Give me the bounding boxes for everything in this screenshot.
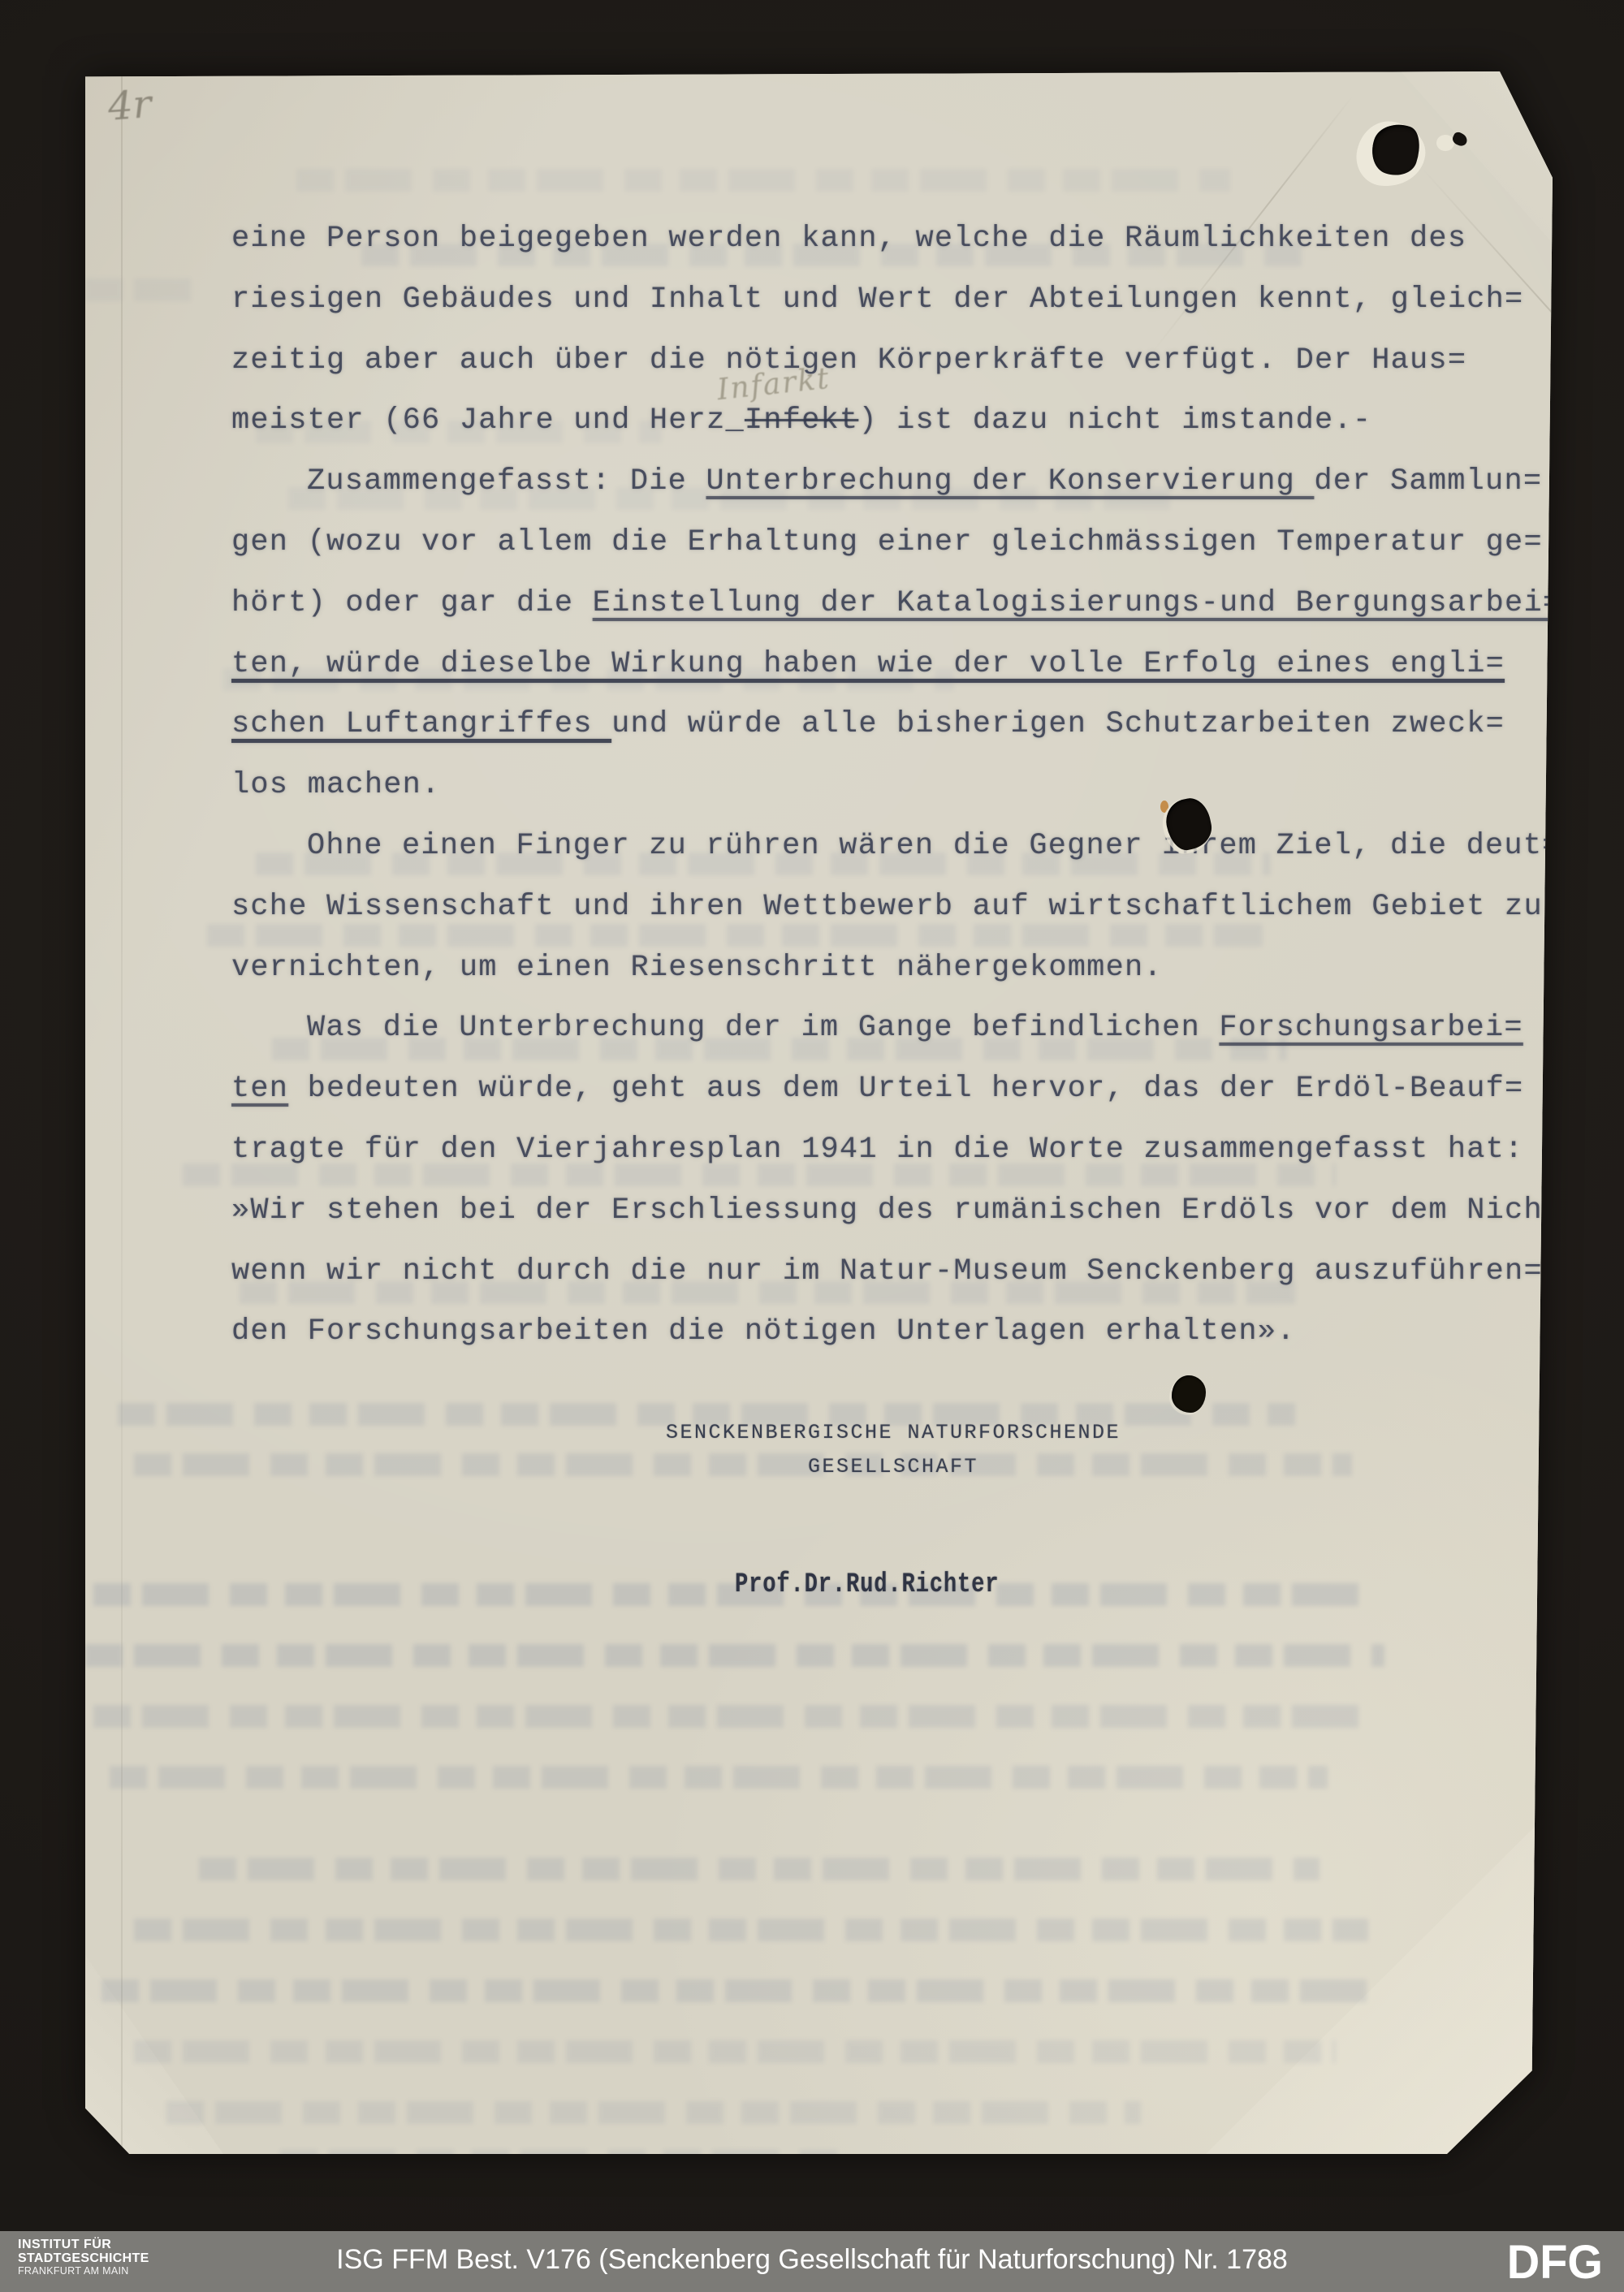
typed-segment: Einstellung der Katalogisierungs-und Ber… [593, 586, 1562, 620]
typed-segment: tragte für den Vierjahresplan 1941 in di… [231, 1133, 1523, 1167]
organisation-name-line1: SENCKENBERGISCHE NATURFORSCHENDE [231, 1416, 1555, 1450]
bleedthrough-line [101, 1979, 1368, 2002]
typed-segment: sche Wissenschaft und ihren Wettbewerb a… [231, 890, 1543, 924]
typed-line: »Wir stehen bei der Erschliessung des ru… [231, 1193, 1561, 1228]
typed-line: vernichten, um einen Riesenschritt näher… [231, 950, 1163, 986]
bleedthrough-line [296, 169, 1230, 192]
typed-line: ten, würde dieselbe Wirkung haben wie de… [231, 646, 1505, 682]
typed-segment: wenn wir nicht durch die nur im Natur-Mu… [231, 1254, 1543, 1288]
typed-segment: meister (66 Jahre und Herz_ [231, 404, 745, 438]
bleedthrough-line [85, 278, 191, 301]
typed-segment: Infekt [745, 404, 858, 438]
typed-line: meister (66 Jahre und Herz_Infekt) ist d… [231, 403, 1371, 438]
bleedthrough-line [166, 2101, 1141, 2124]
footer-bar: INSTITUT FÜR STADTGESCHICHTE FRANKFURT A… [0, 2231, 1624, 2292]
bleedthrough-line [93, 1583, 1360, 1606]
typed-segment: los machen. [231, 768, 440, 802]
typed-line: Ohne einen Finger zu rühren wären die Ge… [307, 828, 1561, 864]
typed-line: den Forschungsarbeiten die nötigen Unter… [231, 1314, 1296, 1349]
typed-segment: Forschungsarbei= [1219, 1011, 1522, 1045]
bleedthrough-line [134, 1919, 1368, 1941]
typed-line: ten bedeuten würde, geht aus dem Urteil … [231, 1071, 1523, 1107]
bleedthrough-line [85, 1644, 1384, 1667]
dfg-logo: DFG [1507, 2234, 1603, 2290]
bleedthrough-line [110, 1766, 1328, 1789]
typed-line: eine Person beigegeben werden kann, welc… [231, 221, 1466, 257]
scorch-mark [1160, 801, 1168, 813]
typed-segment: ) ist dazu nicht imstande.- [858, 404, 1371, 438]
typed-line: gen (wozu vor allem die Erhaltung einer … [231, 524, 1543, 560]
typed-segment: ten, würde dieselbe Wirkung haben wie de… [231, 647, 1505, 681]
signer-name: Prof.Dr.Rud.Richter [735, 1569, 999, 1600]
typed-line: wenn wir nicht durch die nur im Natur-Mu… [231, 1254, 1543, 1289]
typed-line: los machen. [231, 767, 440, 803]
typed-segment: den Forschungsarbeiten die nötigen Unter… [231, 1314, 1296, 1349]
typed-segment: der Sammlun= [1314, 464, 1542, 499]
typed-segment: »Wir stehen bei der Erschliessung des ru… [231, 1193, 1561, 1228]
torn-paper-fringe [1436, 135, 1454, 151]
archive-reference-caption: ISG FFM Best. V176 (Senckenberg Gesellsc… [0, 2244, 1624, 2276]
bleedthrough-line [207, 924, 1263, 947]
bleedthrough-line [280, 2150, 849, 2173]
typed-line: sche Wissenschaft und ihren Wettbewerb a… [231, 889, 1543, 925]
typed-segment: Unterbrechung der Konservierung [706, 464, 1314, 499]
organisation-name-line2: GESELLSCHAFT [231, 1450, 1555, 1484]
typed-segment: zeitig aber auch über die nötigen Körper… [231, 343, 1466, 378]
bleedthrough-line [199, 1858, 1319, 1880]
typed-line: riesigen Gebäudes und Inhalt und Wert de… [231, 282, 1523, 317]
typed-line: tragte für den Vierjahresplan 1941 in di… [231, 1132, 1523, 1168]
typed-line: Zusammengefasst: Die Unterbrechung der K… [307, 464, 1542, 499]
typed-segment: riesigen Gebäudes und Inhalt und Wert de… [231, 283, 1523, 317]
bleedthrough-line [93, 1705, 1376, 1728]
archival-scan: 4r eine Person beigegeben werden kann, w… [0, 0, 1624, 2292]
typed-segment: und würde alle bisherigen Schutzarbeiten… [611, 707, 1505, 741]
typed-line: schen Luftangriffes und würde alle bishe… [231, 706, 1505, 742]
punch-hole [1172, 1375, 1206, 1413]
typed-segment: schen Luftangriffes [231, 707, 611, 741]
typed-segment: bedeuten würde, geht aus dem Urteil herv… [288, 1072, 1523, 1106]
crease-line [121, 71, 123, 2154]
typed-line: hört) oder gar die Einstellung der Katal… [231, 585, 1561, 621]
typed-segment: gen (wozu vor allem die Erhaltung einer … [231, 525, 1543, 559]
paper-sheet: 4r eine Person beigegeben werden kann, w… [85, 71, 1553, 2154]
organisation-block: SENCKENBERGISCHE NATURFORSCHENDE GESELLS… [231, 1416, 1555, 1484]
typed-segment: eine Person beigegeben werden kann, welc… [231, 222, 1466, 256]
typed-line: zeitig aber auch über die nötigen Körper… [231, 343, 1466, 378]
document-page: 4r eine Person beigegeben werden kann, w… [85, 71, 1553, 2154]
typed-segment: ten [231, 1072, 288, 1106]
typed-segment: Was die Unterbrechung der im Gange befin… [307, 1011, 1219, 1045]
typed-segment: Ohne einen Finger zu rühren wären die Ge… [307, 829, 1561, 863]
typed-segment: Zusammengefasst: Die [307, 464, 706, 499]
bleedthrough-line [134, 2040, 1336, 2063]
typed-segment: vernichten, um einen Riesenschritt näher… [231, 951, 1163, 985]
typed-line: Was die Unterbrechung der im Gange befin… [307, 1010, 1523, 1046]
crease-line [1422, 168, 1624, 507]
typed-segment: hört) oder gar die [231, 586, 593, 620]
folio-number: 4r [106, 81, 153, 130]
